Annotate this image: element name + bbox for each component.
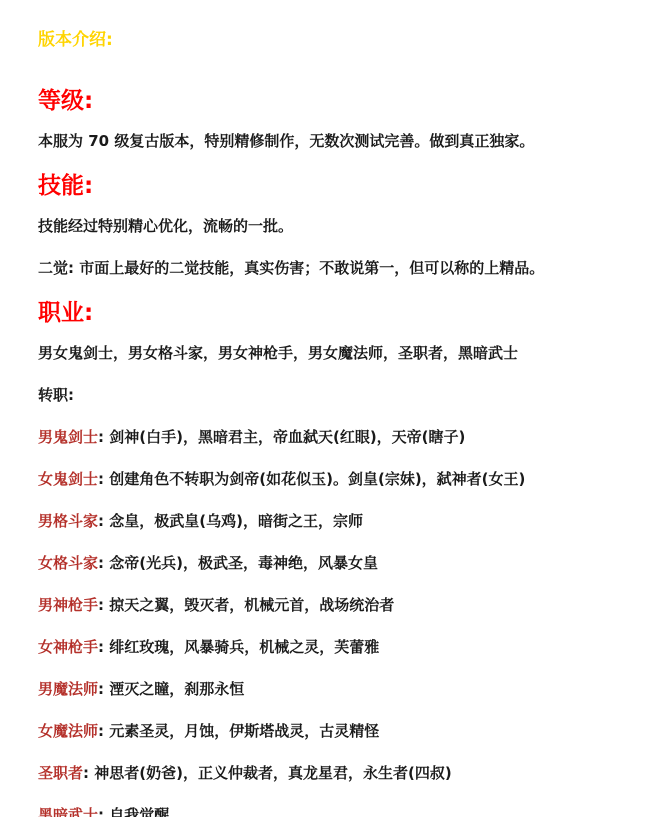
class-subclasses: 念皇，极武皇(乌鸡)，暗街之王，宗师: [109, 512, 363, 530]
colon-separator: :: [98, 554, 109, 572]
class-row: 女魔法师: 元素圣灵，月蚀，伊斯塔战灵，古灵精怪: [38, 722, 628, 741]
section-heading-skill: 技能:: [38, 174, 628, 198]
colon-separator: :: [98, 806, 109, 817]
colon-separator: :: [98, 428, 109, 446]
job-transfer-label: 转职:: [38, 386, 628, 405]
class-row: 圣职者: 神思者(奶爸)，正义仲裁者，真龙星君，永生者(四叔): [38, 764, 628, 783]
class-subclasses: 剑神(白手)，黑暗君主，帝血弑天(红眼)，天帝(瞎子): [109, 428, 465, 446]
class-row: 女格斗家: 念帝(光兵)，极武圣，毒神绝，风暴女皇: [38, 554, 628, 573]
class-name: 男鬼剑士: [38, 428, 98, 446]
colon-separator: :: [98, 596, 109, 614]
class-subclasses: 神思者(奶爸)，正义仲裁者，真龙星君，永生者(四叔): [94, 764, 451, 782]
class-subclasses: 绯红玫瑰，风暴骑兵，机械之灵，芙蕾雅: [109, 638, 379, 656]
section-heading-job: 职业:: [38, 301, 628, 325]
colon-separator: :: [98, 680, 109, 698]
class-row: 男魔法师: 湮灭之瞳，刹那永恒: [38, 680, 628, 699]
class-name: 黑暗武士: [38, 806, 98, 817]
class-subclasses: 创建角色不转职为剑帝(如花似玉)。剑皇(宗妹)，弑神者(女王): [109, 470, 525, 488]
class-subclasses: 元素圣灵，月蚀，伊斯塔战灵，古灵精怪: [109, 722, 379, 740]
skill-second-awakening-note: 二觉: 市面上最好的二觉技能，真实伤害；不敢说第一，但可以称的上精品。: [38, 259, 628, 278]
class-subclasses: 念帝(光兵)，极武圣，毒神绝，风暴女皇: [109, 554, 378, 572]
colon-separator: :: [98, 470, 109, 488]
class-subclasses: 掠天之翼，毁灭者，机械元首，战场统治者: [109, 596, 394, 614]
job-overview: 男女鬼剑士，男女格斗家，男女神枪手，男女魔法师，圣职者，黑暗武士: [38, 344, 628, 363]
class-row: 男格斗家: 念皇，极武皇(乌鸡)，暗街之王，宗师: [38, 512, 628, 531]
class-row: 男鬼剑士: 剑神(白手)，黑暗君主，帝血弑天(红眼)，天帝(瞎子): [38, 428, 628, 447]
level-description: 本服为 70 级复古版本，特别精修制作，无数次测试完善。做到真正独家。: [38, 132, 628, 151]
class-row: 女鬼剑士: 创建角色不转职为剑帝(如花似玉)。剑皇(宗妹)，弑神者(女王): [38, 470, 628, 489]
class-row: 黑暗武士: 自我觉醒: [38, 806, 628, 817]
version-intro-document: 版本介绍: 等级: 本服为 70 级复古版本，特别精修制作，无数次测试完善。做到…: [0, 0, 658, 817]
class-name: 女格斗家: [38, 554, 98, 572]
class-name: 女鬼剑士: [38, 470, 98, 488]
class-name: 女魔法师: [38, 722, 98, 740]
colon-separator: :: [98, 722, 109, 740]
colon-separator: :: [83, 764, 94, 782]
class-subclasses: 湮灭之瞳，刹那永恒: [109, 680, 244, 698]
class-row: 女神枪手: 绯红玫瑰，风暴骑兵，机械之灵，芙蕾雅: [38, 638, 628, 657]
class-name: 女神枪手: [38, 638, 98, 656]
doc-title: 版本介绍:: [38, 31, 628, 49]
class-row: 男神枪手: 掠天之翼，毁灭者，机械元首，战场统治者: [38, 596, 628, 615]
skill-description: 技能经过特别精心优化，流畅的一批。: [38, 217, 628, 236]
colon-separator: :: [98, 512, 109, 530]
section-heading-level: 等级:: [38, 89, 628, 113]
class-name: 男格斗家: [38, 512, 98, 530]
class-subclasses: 自我觉醒: [109, 806, 169, 817]
class-name: 圣职者: [38, 764, 83, 782]
class-name: 男神枪手: [38, 596, 98, 614]
colon-separator: :: [98, 638, 109, 656]
class-name: 男魔法师: [38, 680, 98, 698]
